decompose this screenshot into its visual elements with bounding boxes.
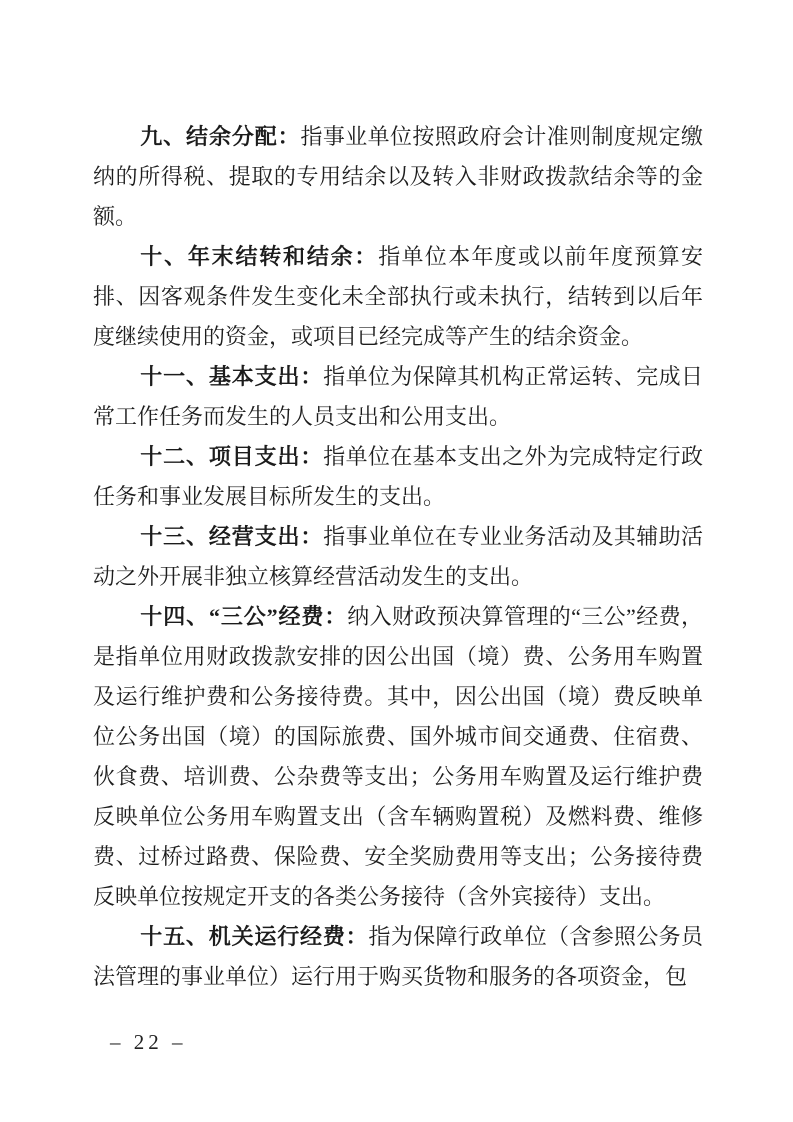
- term-label: 十一、基本支出：: [140, 364, 323, 389]
- term-label: 十二、项目支出：: [140, 444, 323, 469]
- term-definition: 纳入财政预决算管理的“三公”经费，是指单位用财政拨款安排的因公出国（境）费、公务…: [93, 604, 703, 909]
- page-number: – 22 –: [110, 1030, 187, 1055]
- definition-paragraph: 十一、基本支出：指单位为保障其机构正常运转、完成日常工作任务而发生的人员支出和公…: [93, 357, 703, 437]
- definition-paragraph: 十二、项目支出：指单位在基本支出之外为完成特定行政任务和事业发展目标所发生的支出…: [93, 437, 703, 517]
- term-label: 十三、经营支出：: [140, 524, 323, 549]
- definition-paragraph: 十、年末结转和结余：指单位本年度或以前年度预算安排、因客观条件发生变化未全部执行…: [93, 237, 703, 357]
- definition-paragraph: 十四、“三公”经费：纳入财政预决算管理的“三公”经费，是指单位用财政拨款安排的因…: [93, 597, 703, 917]
- document-page: 九、结余分配：指事业单位按照政府会计准则制度规定缴纳的所得税、提取的专用结余以及…: [0, 0, 793, 1122]
- term-label: 十四、“三公”经费：: [140, 604, 347, 629]
- term-label: 十、年末结转和结余：: [140, 244, 378, 269]
- glossary-text-block: 九、结余分配：指事业单位按照政府会计准则制度规定缴纳的所得税、提取的专用结余以及…: [93, 117, 703, 997]
- definition-paragraph: 十三、经营支出：指事业单位在专业业务活动及其辅助活动之外开展非独立核算经营活动发…: [93, 517, 703, 597]
- term-label: 九、结余分配：: [140, 124, 300, 149]
- definition-paragraph: 十五、机关运行经费：指为保障行政单位（含参照公务员法管理的事业单位）运行用于购买…: [93, 917, 703, 997]
- definition-paragraph: 九、结余分配：指事业单位按照政府会计准则制度规定缴纳的所得税、提取的专用结余以及…: [93, 117, 703, 237]
- term-label: 十五、机关运行经费：: [140, 924, 368, 949]
